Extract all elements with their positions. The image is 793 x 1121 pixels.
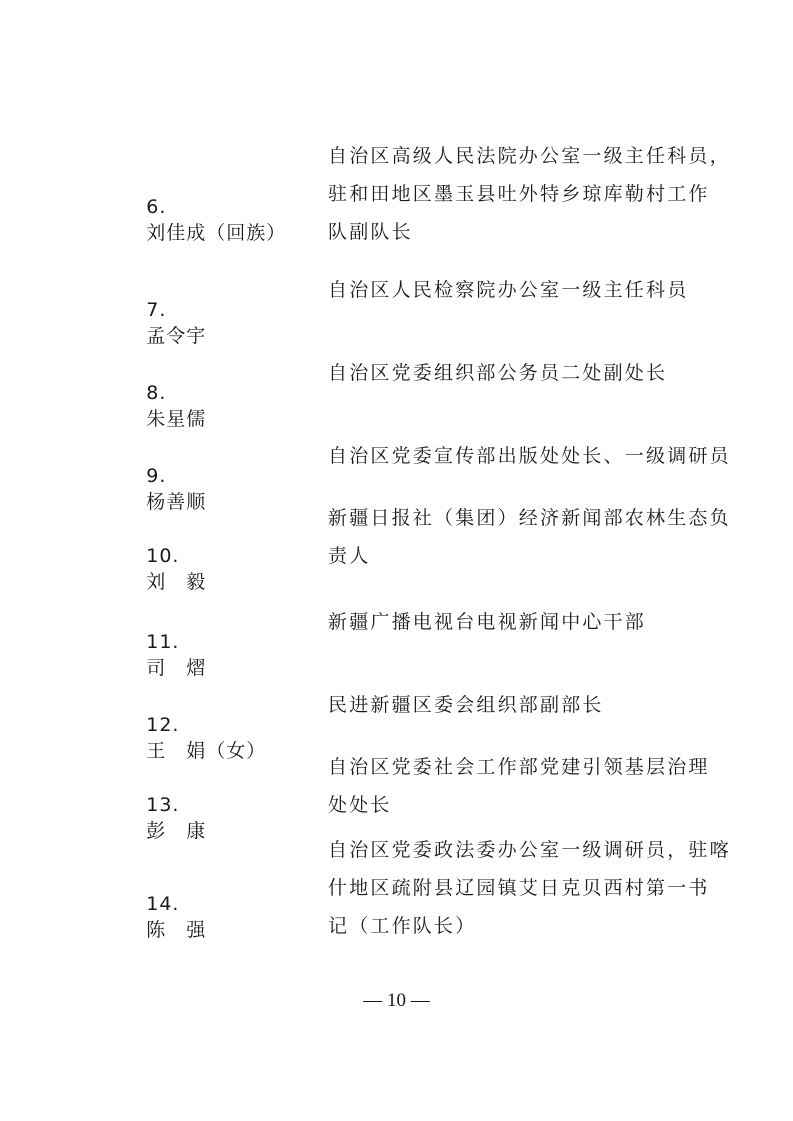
name-text: 司 熠: [146, 657, 206, 679]
item-number: 10.: [146, 545, 179, 567]
name-text: 刘 毅: [146, 571, 206, 593]
position-description: 新疆日报社（集团）经济新闻部农林生态负 责人: [328, 499, 728, 575]
position-line: 新疆广播电视台电视新闻中心干部: [328, 603, 728, 641]
position-description: 自治区党委社会工作部党建引领基层治理 处处长: [328, 748, 728, 824]
position-line: 民进新疆区委会组织部副部长: [328, 686, 728, 724]
name-text: 刘佳成（回族）: [146, 222, 286, 244]
position-line: 自治区党委宣传部出版处处长、一级调研员: [328, 437, 728, 475]
position-line: 新疆日报社（集团）经济新闻部农林生态负: [328, 499, 728, 537]
position-description: 新疆广播电视台电视新闻中心干部: [328, 603, 728, 641]
person-name: 10. 刘 毅: [104, 523, 206, 616]
item-number: 14.: [146, 893, 179, 915]
person-name: 7. 孟令宇: [104, 277, 206, 370]
name-text: 王 娟（女）: [146, 740, 266, 762]
item-number: 9.: [146, 465, 166, 487]
person-name: 8. 朱星儒: [104, 360, 206, 453]
position-description: 民进新疆区委会组织部副部长: [328, 686, 728, 724]
position-line: 自治区党委政法委办公室一级调研员，驻喀: [328, 831, 728, 869]
page-number: — 10 —: [0, 990, 793, 1012]
position-line: 驻和田地区墨玉县吐外特乡琼库勒村工作: [328, 175, 728, 213]
name-text: 彭 康: [146, 820, 206, 842]
item-number: 11.: [146, 631, 179, 653]
position-description: 自治区党委组织部公务员二处副处长: [328, 354, 728, 392]
position-description: 自治区党委宣传部出版处处长、一级调研员: [328, 437, 728, 475]
name-text: 杨善顺: [146, 491, 206, 513]
name-text: 朱星儒: [146, 408, 206, 430]
position-line: 自治区人民检察院办公室一级主任科员: [328, 271, 728, 309]
person-name: 6. 刘佳成（回族）: [104, 174, 286, 267]
item-number: 13.: [146, 794, 179, 816]
position-description: 自治区人民检察院办公室一级主任科员: [328, 271, 728, 309]
item-number: 6.: [146, 196, 166, 218]
person-name: 11. 司 熠: [104, 609, 206, 702]
person-name: 14. 陈 强: [104, 871, 206, 964]
position-line: 自治区党委社会工作部党建引领基层治理: [328, 748, 728, 786]
position-line: 自治区高级人民法院办公室一级主任科员，: [328, 137, 728, 175]
position-description: 自治区党委政法委办公室一级调研员，驻喀 什地区疏附县辽园镇艾日克贝西村第一书 记…: [328, 831, 728, 945]
position-line: 队副队长: [328, 213, 728, 251]
position-line: 处处长: [328, 786, 728, 824]
item-number: 12.: [146, 714, 179, 736]
position-line: 记（工作队长）: [328, 907, 728, 945]
person-name: 13. 彭 康: [104, 772, 206, 865]
document-page: 6. 刘佳成（回族） 自治区高级人民法院办公室一级主任科员， 驻和田地区墨玉县吐…: [0, 0, 793, 1121]
name-text: 陈 强: [146, 919, 206, 941]
item-number: 7.: [146, 299, 166, 321]
position-line: 自治区党委组织部公务员二处副处长: [328, 354, 728, 392]
position-line: 责人: [328, 537, 728, 575]
name-text: 孟令宇: [146, 325, 206, 347]
item-number: 8.: [146, 382, 166, 404]
position-line: 什地区疏附县辽园镇艾日克贝西村第一书: [328, 869, 728, 907]
position-description: 自治区高级人民法院办公室一级主任科员， 驻和田地区墨玉县吐外特乡琼库勒村工作 队…: [328, 137, 728, 251]
